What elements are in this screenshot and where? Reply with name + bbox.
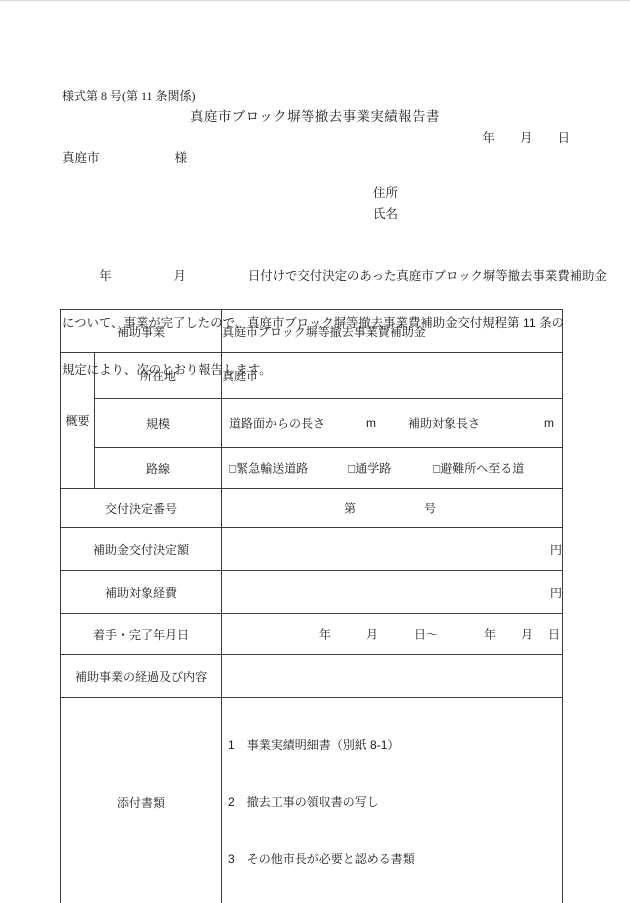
decision-number-suffix: 号: [424, 500, 436, 517]
row-progress: 補助事業の経過及び内容: [61, 655, 563, 698]
label-subsidy-project: 補助事業: [61, 310, 222, 353]
route-option-emergency-road: □緊急輸送道路: [229, 460, 308, 477]
period-end-month: 月: [521, 626, 533, 643]
row-period: 着手・完了年月日 年 月 日～ 年 月 日: [61, 614, 563, 655]
value-progress: [222, 655, 563, 698]
label-period: 着手・完了年月日: [61, 614, 222, 655]
route-option-emergency-road-label: 緊急輸送道路: [236, 462, 308, 476]
name-label: 氏名: [373, 204, 398, 225]
document-title: 真庭市ブロック塀等撤去事業実績報告書: [0, 106, 630, 125]
label-route: 路線: [95, 448, 222, 489]
value-route: □緊急輸送道路 □通学路 □避難所へ至る道: [222, 448, 563, 489]
value-subsidy-project: 真庭市ブロック塀等撤去事業費補助金: [222, 310, 563, 353]
report-document-page: 様式第 8 号(第 11 条関係) 真庭市ブロック塀等撤去事業実績報告書 年 月…: [0, 0, 630, 903]
addressee-line: 真庭市 様: [62, 148, 187, 166]
period-start-year: 年: [319, 626, 331, 643]
value-location: 真庭市: [222, 353, 563, 399]
row-subsidy-project: 補助事業 真庭市ブロック塀等撤去事業費補助金: [61, 310, 563, 353]
value-attachments: 1 事業実績明細書（別紙 8-1） 2 撤去工事の領収書の写し 3 その他市長が…: [222, 698, 563, 903]
value-decision-number: 第 号: [222, 489, 563, 528]
date-line: 年 月 日: [482, 128, 570, 146]
decision-number-prefix: 第: [344, 500, 356, 517]
row-route: 路線 □緊急輸送道路 □通学路 □避難所へ至る道: [61, 448, 563, 489]
route-option-shelter-road-label: 避難所へ至る道: [440, 462, 524, 476]
address-label: 住所: [373, 183, 398, 204]
period-start-day: 日～: [414, 626, 438, 643]
label-eligible-expense: 補助対象経費: [61, 571, 222, 614]
value-period: 年 月 日～ 年 月 日: [222, 614, 563, 655]
form-number: 様式第 8 号(第 11 条関係): [62, 87, 196, 104]
row-decision-number: 交付決定番号 第 号: [61, 489, 563, 528]
row-attachments: 添付書類 1 事業実績明細書（別紙 8-1） 2 撤去工事の領収書の写し 3 そ…: [61, 698, 563, 903]
period-start-month: 月: [366, 626, 378, 643]
attachment-item-1: 1 事業実績明細書（別紙 8-1）: [228, 736, 562, 755]
label-scale: 規模: [95, 399, 222, 448]
label-grant-amount: 補助金交付決定額: [61, 528, 222, 571]
value-scale: 道路面からの長さ m 補助対象長さ m: [222, 399, 563, 448]
scale-unit-m-2: m: [544, 416, 554, 430]
value-eligible-expense-unit: 円: [222, 571, 563, 614]
label-progress: 補助事業の経過及び内容: [61, 655, 222, 698]
intro-line-1: 年 月 日付けで交付決定のあった真庭市ブロック塀等撤去事業費補助金: [62, 269, 570, 285]
attachment-item-3: 3 その他市長が必要と認める書類: [228, 850, 562, 869]
overview-header: 概要: [61, 353, 95, 489]
applicant-block: 住所 氏名: [373, 183, 398, 225]
period-end-year: 年: [484, 626, 496, 643]
label-decision-number: 交付決定番号: [61, 489, 222, 528]
row-location: 概要 所在地 真庭市: [61, 353, 563, 399]
label-location: 所在地: [95, 353, 222, 399]
period-end-day: 日: [548, 626, 560, 643]
attachment-item-2: 2 撤去工事の領収書の写し: [228, 793, 562, 812]
row-eligible-expense: 補助対象経費 円: [61, 571, 563, 614]
scale-eligible-length-label: 補助対象長さ: [408, 415, 480, 432]
row-grant-amount: 補助金交付決定額 円: [61, 528, 563, 571]
label-attachments: 添付書類: [61, 698, 222, 903]
row-scale: 規模 道路面からの長さ m 補助対象長さ m: [61, 399, 563, 448]
scale-unit-m-1: m: [366, 416, 376, 430]
report-table: 補助事業 真庭市ブロック塀等撤去事業費補助金 概要 所在地 真庭市 規模 道路面…: [60, 309, 563, 903]
route-option-shelter-road: □避難所へ至る道: [433, 460, 524, 477]
value-grant-amount-unit: 円: [222, 528, 563, 571]
route-option-school-route: □通学路: [348, 460, 391, 477]
scale-length-from-road-label: 道路面からの長さ: [229, 415, 325, 432]
route-option-school-route-label: 通学路: [355, 462, 391, 476]
